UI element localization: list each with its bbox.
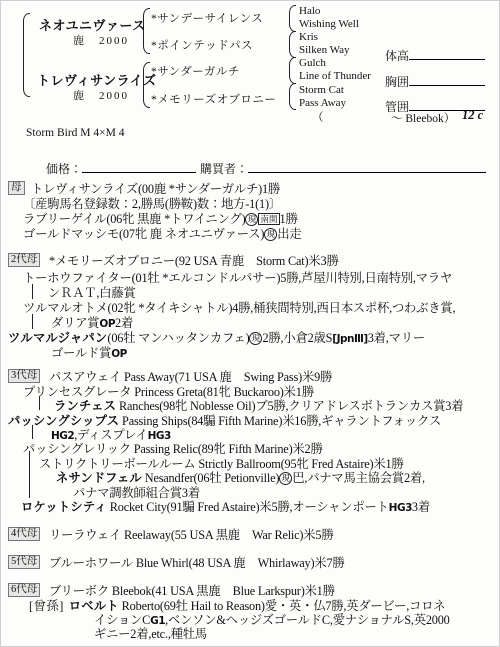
sire-sire-name: *サンデーサイレンス xyxy=(151,10,263,26)
height-field: 体高 xyxy=(385,47,485,64)
text-run: ンＲＡＴ,白藤賞 xyxy=(48,286,136,300)
price-blank xyxy=(82,160,196,173)
text-run: ゴールド賞 xyxy=(51,346,111,360)
text-run: トーホウファイター(01牡 *エルコンドルパサー)5勝,芦屋川特別,日南特別,マ… xyxy=(23,271,452,285)
text-run: パッシングレリック Passing Relic(89牝 Fifth Marine… xyxy=(23,442,323,456)
dam6-line: ブリーボク Bleebok(41 USA 黒鹿 Blue Larkspur)米1… xyxy=(49,584,335,598)
tree-connector-line xyxy=(32,314,33,329)
ggp-gulch: Gulch xyxy=(299,57,326,69)
relation-label: [曾孫] xyxy=(29,599,64,613)
text-run: ,ディスプレイ xyxy=(74,428,147,442)
price-buyer-row: 価格：購買者： xyxy=(46,160,486,177)
horse-name-bold: ロケットシティ xyxy=(21,500,107,514)
family-open-paren: （ xyxy=(312,109,324,125)
text-run: プリンセスグレータ Princess Greta(81牝 Buckaroo)米1… xyxy=(23,385,314,399)
produce-note: 〔産駒馬名登録数：2,勝馬(勝鞍)数：地方-1(1)〕 xyxy=(23,197,281,211)
grade-label: G1 xyxy=(150,615,165,627)
text-run: 〔産駒馬名登録数：2,勝馬(勝鞍)数：地方-1(1)〕 xyxy=(23,197,281,211)
ggp-kris: Kris xyxy=(299,31,318,43)
price-label: 価格： xyxy=(46,162,82,176)
text-run: (06牡 マンハッタンカフェ) xyxy=(107,331,249,345)
gp-brace-3 xyxy=(289,57,296,84)
text-run: ブリーボク Bleebok(41 USA 黒鹿 Blue Larkspur)米1… xyxy=(49,584,335,598)
region-box: 南関 xyxy=(258,213,279,225)
generation-marker-dam3-line: 3代母 xyxy=(8,369,40,383)
ggp-wishingwell: Wishing Well xyxy=(299,18,359,30)
tsurumaru-japan-1: ツルマルジャパン(06牡 マンハッタンカフェ)現2勝,小倉2歳S[JpnⅢ]3着… xyxy=(8,331,425,346)
text-run: 2勝,小倉2歳S xyxy=(262,331,332,345)
text-run: イションC xyxy=(94,613,150,627)
dam-coat-year: 鹿 2000 xyxy=(73,87,129,103)
grade-label: HG2 xyxy=(51,430,74,442)
active-status-circle: 現 xyxy=(279,472,292,485)
horse-name-bold: ロベルト xyxy=(69,599,119,613)
text-run: リーラウェイ Reelaway(55 USA 黒鹿 War Relic)米5勝 xyxy=(49,528,333,542)
text-run: 1勝 xyxy=(280,212,298,226)
ggp-stormcat: Storm Cat xyxy=(299,84,344,96)
ggp-silkenway: Silken Way xyxy=(299,44,350,56)
text-run: 3着,マリー xyxy=(368,331,425,345)
text-run: 出走 xyxy=(277,227,301,241)
dam3-line: パスアウェイ Pass Away(71 USA 鹿 Swing Pass)米9勝 xyxy=(49,370,332,384)
generation-marker-dam4-line: 4代母 xyxy=(8,527,40,541)
text-run: パスアウェイ Pass Away(71 USA 鹿 Swing Pass)米9勝 xyxy=(49,370,332,384)
toho-fighter-1: トーホウファイター(01牡 *エルコンドルパサー)5勝,芦屋川特別,日南特別,マ… xyxy=(23,271,452,285)
strictly-ballroom: ストリクトリーボールルーム Strictly Ballroom(95牝 Fred… xyxy=(39,457,404,471)
ggp-halo: Halo xyxy=(299,5,320,17)
text-run: ,ベンソン&ヘッジズゴールドC,愛ナショナルS,英2000 xyxy=(165,613,450,627)
nesandfer-2: パナマ調教師組合賞3着 xyxy=(73,486,200,500)
text-run: ブルーホワール Blue Whirl(48 USA 鹿 Whirlaway)米7… xyxy=(49,556,345,570)
chest-field: 胸囲 xyxy=(385,73,485,90)
passing-relic: パッシングレリック Passing Relic(89牝 Fifth Marine… xyxy=(23,442,323,456)
horse-name-bold: ツルマルジャパン xyxy=(8,331,107,345)
chest-blank xyxy=(409,73,485,86)
text-run: ストリクトリーボールルーム Strictly Ballroom(95牝 Fred… xyxy=(39,457,404,471)
passing-ships-1: パッシングシップス Passing Ships(84騸 Fifth Marine… xyxy=(8,414,441,428)
dam5-line: ブルーホワール Blue Whirl(48 USA 鹿 Whirlaway)米7… xyxy=(49,556,345,570)
catalog-page: ネオユニヴァース 鹿 2000 トレヴィサンライズ 鹿 2000 *サンデーサイ… xyxy=(0,0,500,647)
ggp-passaway: Pass Away xyxy=(299,97,346,109)
generation-marker-dam6-line: 6代母 xyxy=(8,583,40,597)
grade-label: [JpnⅢ] xyxy=(332,333,367,345)
ggp-lineofthunder: Line of Thunder xyxy=(299,70,371,82)
height-blank xyxy=(409,47,485,60)
text-run: 巴,パナマ馬主協会賞2着, xyxy=(292,471,425,485)
text-run: トレヴィサンライズ(00鹿 *サンダーガルチ)1勝 xyxy=(31,182,280,196)
height-label: 体高 xyxy=(385,49,409,63)
princess-greta: プリンセスグレータ Princess Greta(81牝 Buckaroo)米1… xyxy=(23,385,314,399)
gp-brace-2 xyxy=(289,31,296,58)
generation-marker-granddam-line: 2代母 xyxy=(8,253,40,267)
foal-lovely-gale: ラブリーゲイル(06牝 黒鹿 *トワイニング)現南関1勝 xyxy=(23,212,298,226)
tsurumaru-japan-2: ゴールド賞OP xyxy=(51,346,127,361)
text-run: 3着 xyxy=(412,500,430,514)
tree-connector-line xyxy=(29,451,30,498)
text-run: Ranches(98牝 Noblesse Oil)ブ5勝,クリアドレスボトランカ… xyxy=(116,399,463,413)
chest-label: 胸囲 xyxy=(385,75,409,89)
text-run: ラブリーゲイル(06牝 黒鹿 *トワイニング) xyxy=(23,212,245,226)
dam-sire-name: *サンダーガルチ xyxy=(151,63,240,79)
buyer-blank xyxy=(248,160,486,173)
outer-bracket xyxy=(23,13,30,97)
tsurumaru-otome-2: ダリア賞OP2着 xyxy=(51,316,133,331)
sire-dam-name: *ポインテッドパス xyxy=(151,37,253,53)
tree-connector-line xyxy=(32,284,33,299)
rocket-city: ロケットシティ Rocket City(91騸 Fred Astaire)米5勝… xyxy=(21,500,430,515)
family-number: 12 c xyxy=(462,108,483,123)
roberto-3: ギニー2着,etc.,種牡馬 xyxy=(94,627,207,641)
text-run: Roberto(69牡 Hail to Reason)愛・英・仏7勝,英ダービー… xyxy=(119,599,446,613)
passing-ships-2: HG2,ディスプレイHG3 xyxy=(51,428,171,443)
active-status-circle: 現 xyxy=(245,213,258,226)
tsurumaru-otome-1: ツルマルオトメ(02牝 *タイキシャトル)4勝,桶狭間特別,西日本スポ杯,つわぶ… xyxy=(23,301,455,315)
text-run: Rocket City(91騸 Fred Astaire)米5勝,オーシャンポー… xyxy=(107,500,389,514)
nesandfer-1: ネサンドフェル Nesandfer(06牡 Petionville)現巴,パナマ… xyxy=(56,471,425,485)
inbreeding-note: Storm Bird M 4×M 4 xyxy=(26,127,125,139)
active-status-circle: 現 xyxy=(249,332,262,345)
gp-brace-4 xyxy=(289,83,296,110)
tree-connector-line xyxy=(39,396,40,410)
tree-connector-line xyxy=(32,425,33,439)
roberto-1: [曾孫]ロベルト Roberto(69牡 Hail to Reason)愛・英・… xyxy=(29,599,445,613)
generation-marker-dam-line: 母 xyxy=(8,181,25,195)
horse-name-bold: ランチェス xyxy=(54,399,116,413)
gp-brace-1 xyxy=(289,5,296,32)
text-run: Passing Ships(84騸 Fifth Marine)米16勝,ギャラン… xyxy=(119,414,441,428)
dam-line: トレヴィサンライズ(00鹿 *サンダーガルチ)1勝 xyxy=(31,182,280,196)
family-tail: ～ Bleebok） xyxy=(391,110,455,126)
foal-gold-massimo: ゴールドマッシモ(07牝 鹿 ネオユニヴァース)現出走 xyxy=(23,227,301,241)
toho-fighter-2: ンＲＡＴ,白藤賞 xyxy=(48,286,136,300)
grade-label: HG3 xyxy=(148,430,171,442)
text-run: Nesandfer(06牡 Petionville) xyxy=(142,471,279,485)
grade-label: OP xyxy=(99,318,115,330)
granddam-line: *メモリーズオブロニー(92 USA 青鹿 Storm Cat)米3勝 xyxy=(49,254,339,268)
dam4-line: リーラウェイ Reelaway(55 USA 黒鹿 War Relic)米5勝 xyxy=(49,528,333,542)
grade-label: OP xyxy=(111,348,127,360)
ranches: ランチェス Ranches(98牝 Noblesse Oil)ブ5勝,クリアドレ… xyxy=(54,399,463,413)
text-run: 2着 xyxy=(115,316,133,330)
text-run: ツルマルオトメ(02牝 *タイキシャトル)4勝,桶狭間特別,西日本スポ杯,つわぶ… xyxy=(23,301,455,315)
roberto-2: イションCG1,ベンソン&ヘッジズゴールドC,愛ナショナルS,英2000 xyxy=(94,613,450,628)
sire-coat-year: 鹿 2000 xyxy=(73,32,129,48)
horse-name-bold: ネサンドフェル xyxy=(56,471,142,485)
text-run: パナマ調教師組合賞3着 xyxy=(73,486,200,500)
horse-name-bold: パッシングシップス xyxy=(8,414,119,428)
text-run: ダリア賞 xyxy=(51,316,99,330)
active-status-circle: 現 xyxy=(264,228,277,241)
generation-marker-dam5-line: 5代母 xyxy=(8,555,40,569)
buyer-label: 購買者： xyxy=(200,162,248,176)
text-run: ギニー2着,etc.,種牡馬 xyxy=(94,627,207,641)
dam-dam-name: *メモリーズオブロニー xyxy=(151,91,276,107)
text-run: *メモリーズオブロニー(92 USA 青鹿 Storm Cat)米3勝 xyxy=(49,254,339,268)
text-run: ゴールドマッシモ(07牝 鹿 ネオユニヴァース) xyxy=(23,227,264,241)
grade-label: HG3 xyxy=(389,502,412,514)
